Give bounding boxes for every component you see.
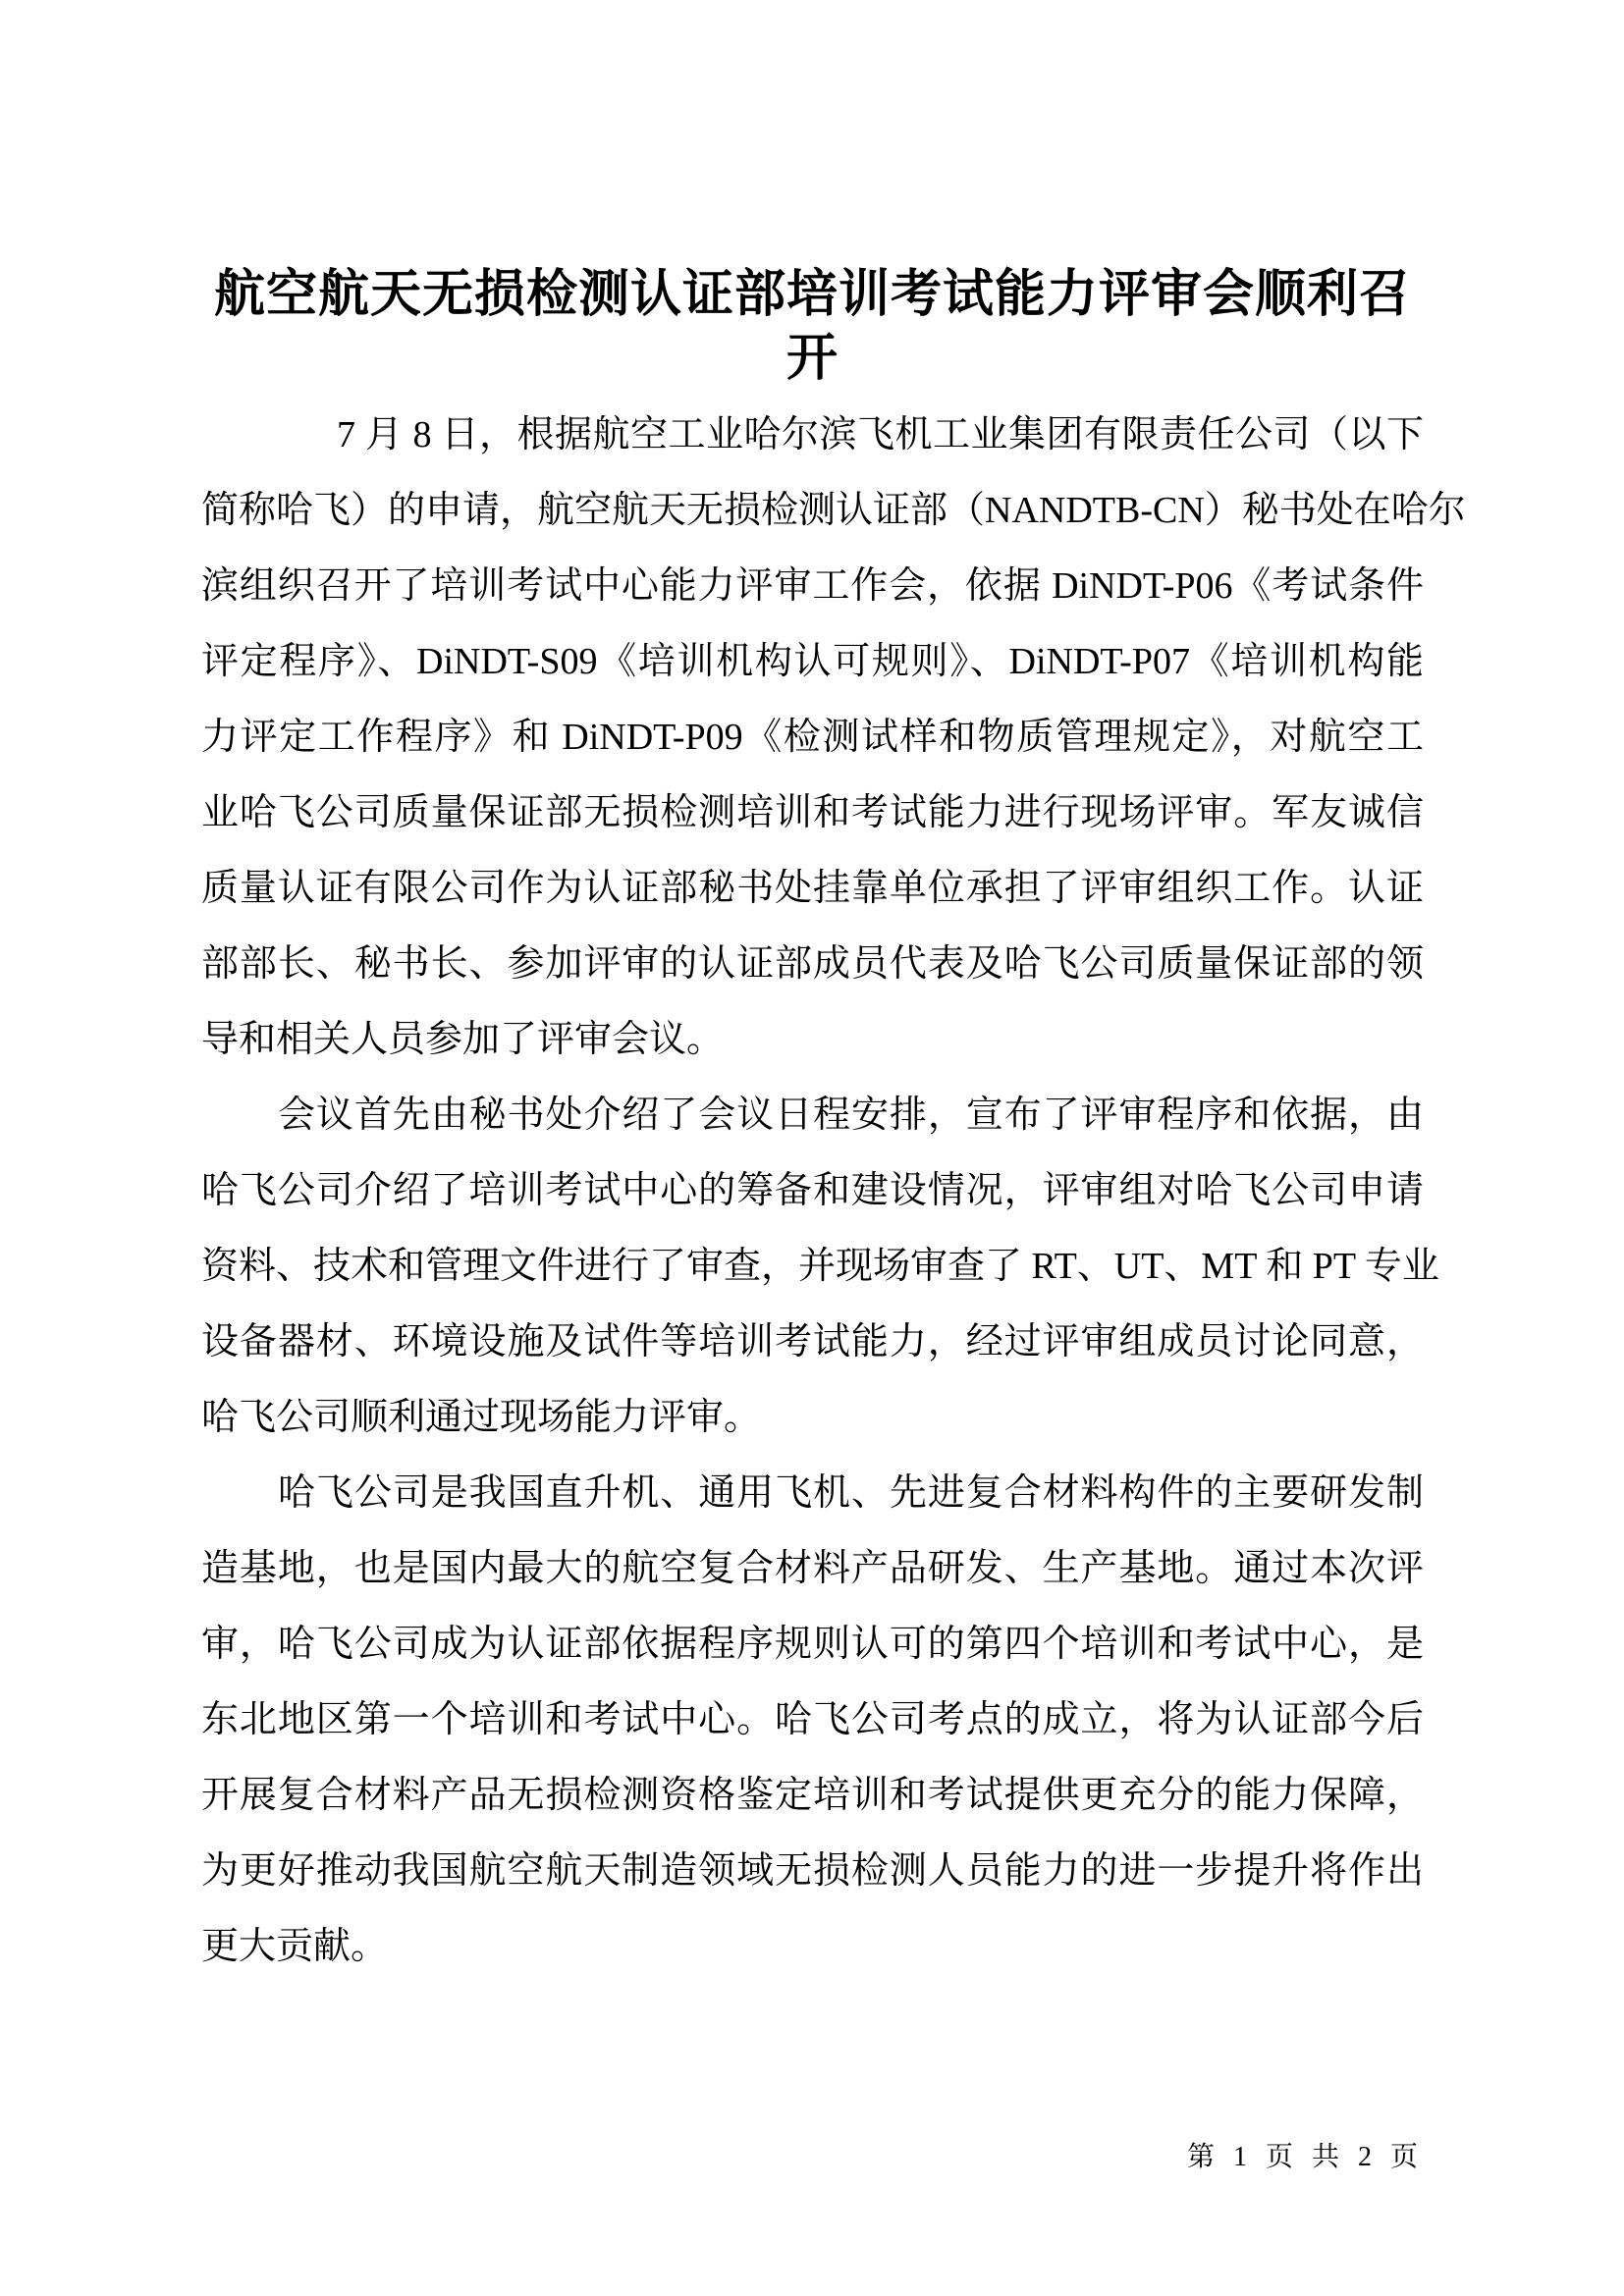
text-line: 造基地，也是国内最大的航空复合材料产品研发、生产基地。通过本次评 <box>201 1531 1424 1607</box>
paragraph: 会议首先由秘书处介绍了会议日程安排，宣布了评审程序和依据，由 哈飞公司介绍了培训… <box>201 1078 1424 1456</box>
document-body: 7 月 8 日，根据航空工业哈尔滨飞机工业集团有限责任公司（以下 简称哈飞）的申… <box>201 398 1424 1985</box>
text-line: 哈飞公司介绍了培训考试中心的筹备和建设情况，评审组对哈飞公司申请 <box>201 1153 1424 1229</box>
text-line: 部部长、秘书长、参加评审的认证部成员代表及哈飞公司质量保证部的领 <box>201 927 1424 1002</box>
text-line: 东北地区第一个培训和考试中心。哈飞公司考点的成立，将为认证部今后 <box>201 1682 1424 1758</box>
document-page: 航空航天无损检测认证部培训考试能力评审会顺利召开 7 月 8 日，根据航空工业哈… <box>0 0 1624 2296</box>
text-line: 设备器材、环境设施及试件等培训考试能力，经过评审组成员讨论同意， <box>201 1305 1424 1380</box>
paragraph: 哈飞公司是我国直升机、通用飞机、先进复合材料构件的主要研发制 造基地，也是国内最… <box>201 1456 1424 1985</box>
text-line: 质量认证有限公司作为认证部秘书处挂靠单位承担了评审组织工作。认证 <box>201 851 1424 927</box>
text-line: 更大贡献。 <box>201 1909 1424 1985</box>
text-line: 滨组织召开了培训考试中心能力评审工作会，依据 DiNDT-P06《考试条件 <box>201 549 1424 624</box>
text-line: 力评定工作程序》和 DiNDT-P09《检测试样和物质管理规定》，对航空工 <box>201 700 1424 775</box>
text-line: 业哈飞公司质量保证部无损检测培训和考试能力进行现场评审。军友诚信 <box>201 775 1424 851</box>
text-line: 7 月 8 日，根据航空工业哈尔滨飞机工业集团有限责任公司（以下 <box>201 398 1424 473</box>
text-line: 开展复合材料产品无损检测资格鉴定培训和考试提供更充分的能力保障， <box>201 1758 1424 1834</box>
text-line: 评定程序》、DiNDT-S09《培训机构认可规则》、DiNDT-P07《培训机构… <box>201 624 1424 700</box>
text-line: 审，哈飞公司成为认证部依据程序规则认可的第四个培训和考试中心，是 <box>201 1607 1424 1682</box>
page-number: 第 1 页 共 2 页 <box>1187 2138 1424 2177</box>
text-line: 导和相关人员参加了评审会议。 <box>201 1002 1424 1078</box>
document-title: 航空航天无损检测认证部培训考试能力评审会顺利召开 <box>201 263 1424 391</box>
text-line: 哈飞公司是我国直升机、通用飞机、先进复合材料构件的主要研发制 <box>201 1456 1424 1531</box>
text-line: 为更好推动我国航空航天制造领域无损检测人员能力的进一步提升将作出 <box>201 1834 1424 1909</box>
text-line: 哈飞公司顺利通过现场能力评审。 <box>201 1380 1424 1456</box>
text-line: 资料、技术和管理文件进行了审查，并现场审查了 RT、UT、MT 和 PT 专业 <box>201 1229 1424 1305</box>
text-line: 简称哈飞）的申请，航空航天无损检测认证部（NANDTB-CN）秘书处在哈尔 <box>201 473 1424 549</box>
text-line: 会议首先由秘书处介绍了会议日程安排，宣布了评审程序和依据，由 <box>201 1078 1424 1153</box>
paragraph: 7 月 8 日，根据航空工业哈尔滨飞机工业集团有限责任公司（以下 简称哈飞）的申… <box>201 398 1424 1078</box>
